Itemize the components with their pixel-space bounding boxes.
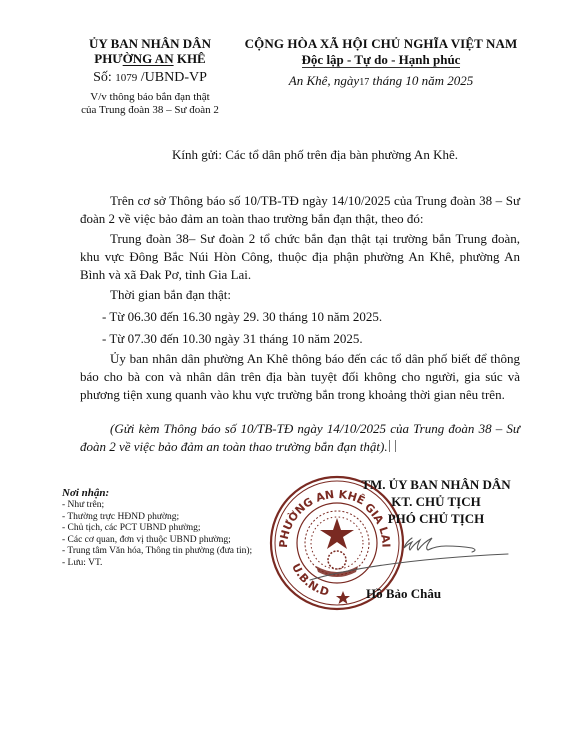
signature-title-2: KT. CHỦ TỊCH [336, 493, 536, 510]
national-motto: Độc lập - Tự do - Hạnh phúc [302, 52, 461, 68]
nation-title: CỘNG HÒA XÃ HỘI CHỦ NGHĨA VIỆT NAM [236, 36, 526, 51]
doc-number-value: 1079 [115, 72, 137, 84]
date-day: 17 [359, 77, 369, 88]
authority-ward-prefix: PHƯ [94, 51, 122, 66]
signature-title-1: TM. ỦY BAN NHÂN DÂN [336, 476, 536, 493]
time-item: - Từ 07.30 đến 10.30 ngày 31 tháng 10 nă… [102, 330, 363, 348]
date-suffix: tháng 10 năm 2025 [369, 73, 473, 88]
time-item: - Từ 06.30 đến 16.30 ngày 29. 30 tháng 1… [102, 308, 382, 326]
signature-block: TM. ỦY BAN NHÂN DÂN KT. CHỦ TỊCH PHÓ CHỦ… [336, 476, 536, 527]
doc-number-label: Số: [93, 70, 115, 85]
national-header-block: CỘNG HÒA XÃ HỘI CHỦ NGHĨA VIỆT NAM Độc l… [236, 36, 526, 92]
authority-ward: PHƯỜNG AN KHÊ [60, 51, 240, 66]
attachment-note: (Gửi kèm Thông báo số 10/TB-TĐ ngày 14/1… [80, 420, 520, 456]
document-number: Số: 1079 /UBND-VP [60, 68, 240, 88]
document-subject: V/v thông báo bắn đạn thật của Trung đoà… [60, 91, 240, 117]
time-label: Thời gian bắn đạn thật: [110, 286, 231, 304]
authority-name: ỦY BAN NHÂN DÂN [60, 36, 240, 51]
date-prefix: An Khê, ngày [289, 73, 359, 88]
signer-name: Hồ Bảo Châu [366, 586, 441, 602]
paragraph-basis: Trên cơ sở Thông báo số 10/TB-TĐ ngày 14… [80, 192, 520, 228]
subject-line-1: V/v thông báo bắn đạn thật [60, 91, 240, 104]
paragraph-location: Trung đoàn 38– Sư đoàn 2 tổ chức bắn đạn… [80, 230, 520, 284]
doc-number-suffix: /UBND-VP [137, 70, 207, 85]
issuing-authority-block: ỦY BAN NHÂN DÂN PHƯỜNG AN KHÊ Số: 1079 /… [60, 36, 240, 117]
authority-ward-suffix: KHÊ [174, 51, 206, 66]
salutation: Kính gửi: Các tổ dân phố trên địa bàn ph… [172, 146, 458, 164]
authority-ward-underlined: ỜNG AN [123, 51, 174, 66]
handwritten-signature-icon [300, 522, 510, 582]
paragraph-notice: Ủy ban nhân dân phường An Khê thông báo … [80, 350, 520, 404]
document-date: An Khê, ngày17 tháng 10 năm 2025 [236, 72, 526, 92]
text-cursor-icon [389, 440, 396, 452]
subject-line-2: của Trung đoàn 38 – Sư đoàn 2 [60, 104, 240, 117]
attachment-note-text: (Gửi kèm Thông báo số 10/TB-TĐ ngày 14/1… [80, 421, 520, 454]
